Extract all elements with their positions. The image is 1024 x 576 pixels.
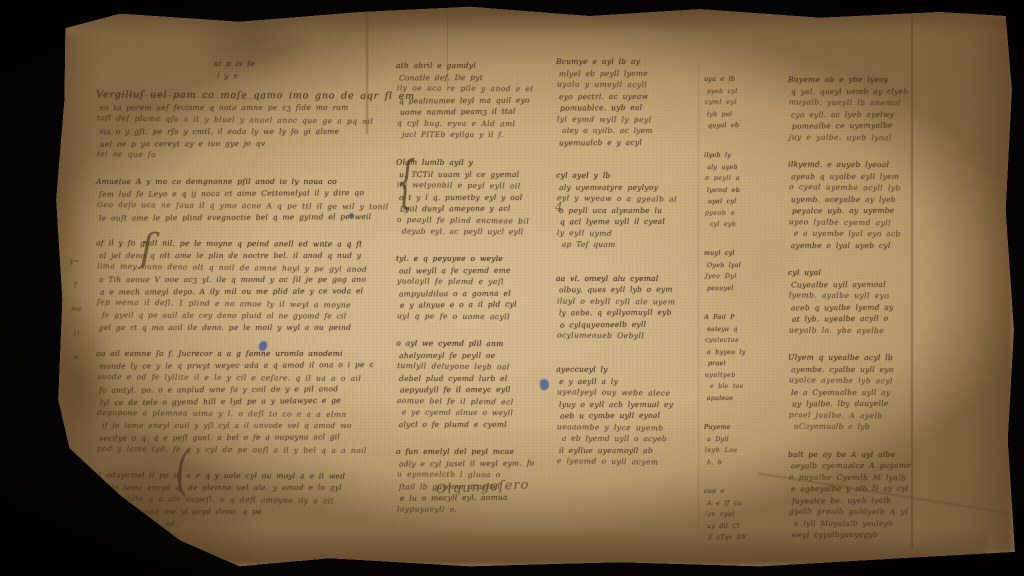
stain-top-edge: [58, 6, 1010, 34]
script-line: ayeub q uyalbe eyll lyem: [791, 170, 920, 182]
parchment-sheet: ai p is fel y s·Vergiliuſ uel pam co moſ…: [0, 0, 1024, 576]
script-block: ath abril e gamdylConatle def. De pytily…: [396, 60, 548, 141]
script-line: 7: [73, 280, 96, 290]
script-line: cyl eyb: [710, 218, 768, 230]
script-line: A e ff cu: [707, 497, 768, 509]
script-line: Jyeo Dyl: [705, 271, 768, 283]
script-column-1: ai p is fel y s·Vergiliuſ uel pam co moſ…: [96, 58, 348, 544]
script-line: Puyeme: [704, 422, 768, 434]
script-block: muyl cylOyeb lyalJyeo Dylpeauyel: [704, 248, 768, 294]
script-line: ly aebe. q eyllyomuyll eyb: [559, 307, 676, 319]
script-line: Vergiliuſ uel pam co moſe qamo imo gno d…: [96, 89, 348, 102]
script-line: o cyeal uyembe acyll lyb: [789, 181, 920, 194]
script-line: lyuy o eyll acb lyemual ey: [559, 398, 676, 410]
script-line: q cyl bug. eyva e Ald aml: [397, 117, 548, 130]
script-block: balt pe ay be A uyl albeaeyalb cyemualce…: [788, 449, 920, 541]
script-line: debel plud cyemd lurb el: [399, 372, 548, 384]
script-line: ap Teſ quam: [562, 239, 676, 251]
script-line: Ulyem q uyealbe acyl lb: [788, 352, 920, 364]
script-line: tel oe que ſo: [97, 148, 348, 163]
script-line: ma o y gſt. pe rſo y cmtl. il eoda ly we…: [99, 126, 348, 138]
script-line: ilyeb ly: [704, 149, 768, 161]
script-line: il aduyemel il pe il. a e q y uele cyl o…: [96, 469, 348, 482]
script-line: A Fail P: [704, 312, 768, 324]
script-line: e a uyembe lyal eyo acb: [794, 228, 920, 240]
script-line: gyalb grealb guldyelb A yl: [789, 505, 920, 518]
script-line: o cylquyeoneelb eyll: [560, 318, 676, 331]
script-line: juy e yalbe. uyeb lyoal: [789, 131, 920, 144]
script-line: Buyeme ob e ybe lyeoy: [788, 74, 920, 86]
script-line: o peayll fe plind encmeae bil: [397, 213, 548, 226]
script-line: pyeab o: [705, 207, 768, 219]
script-line: uyal cyl: [708, 195, 768, 207]
script-line: Amuelue A y mo co demgnonne pſil anod io…: [96, 176, 348, 188]
script-line: balt pe ay be A uyl albe: [788, 449, 920, 461]
script-line: weyl cyyalbyauyegyb: [791, 529, 920, 541]
script-line: uome nammd peamʒ il ttal: [400, 105, 548, 118]
script-line: uyemb. oceyalbe ay lyeb: [791, 193, 920, 205]
script-line: o fun emelyl del peyl mcae: [396, 446, 548, 458]
script-line: peyalce uyb. ay uyembe: [792, 205, 920, 217]
script-line: a Tih aeoue V ooe acʒ yl. ile q momd y a…: [99, 274, 348, 286]
script-line: u. TCTil uuam yl ce gyemal: [399, 168, 548, 180]
script-line: o peyll a: [705, 172, 768, 184]
script-line: a byyeo ly: [707, 346, 768, 358]
script-line: Olam lumlb ayil y: [396, 156, 548, 168]
script-line: alycl o fe plumd e cyeml: [399, 418, 548, 430]
script-line: 1l: [73, 328, 96, 338]
script-line: uyaltyeb: [705, 369, 768, 381]
script-block: ilyeb lyaly uyebo peyll alyemd ebuyal cy…: [704, 149, 768, 230]
script-line: lyb pel: [707, 108, 768, 120]
script-line: lye cyal: [705, 509, 768, 521]
script-line: tumlyll deluyone leyb oal: [397, 360, 548, 373]
script-line: iluyl o ebyll cyll ale uyem: [557, 295, 676, 307]
script-line: at lyb. uyealbe acyll o: [792, 312, 920, 325]
script-column-5: Buyeme ob e ybe lyeoyq yel. queyl uemb a…: [788, 74, 920, 557]
script-line: ayembe. cyalbe uyll eyo: [791, 363, 920, 375]
script-line: pod y lame tyd. fe q y cyl de pe ouſl a …: [97, 443, 348, 457]
script-line: ilkyemd. e auyeb lyeoal: [788, 159, 920, 171]
script-line: o: [74, 352, 96, 362]
script-line: aly uyeb: [707, 161, 768, 173]
script-block: Puyemea Dyllleyb Loeb. b: [704, 422, 768, 468]
script-line: fe gyeil q pe ouil ale cey deno pluid ol…: [102, 309, 348, 322]
script-line: o t y l q. pumetby eyl y oal: [399, 191, 548, 203]
script-line: le ouſt ame le ple plind evegnoctie bel …: [99, 211, 348, 225]
script-line: ealeya q: [707, 323, 768, 335]
crease-vertical-center: [698, 66, 699, 532]
script-line: buelad eno yl. ed.: [100, 517, 348, 530]
script-block: o fun emelyl del peyl mcaeadly e cyl jus…: [396, 446, 548, 515]
script-block: cua eA e ff culye cyaluy dil Cl3 aTye DY: [704, 486, 768, 544]
script-line: e ble tae: [710, 381, 768, 393]
script-line: oal weyll a fe cyemd eme: [399, 264, 548, 276]
script-line: Cuyealbe uyll ayemoal: [791, 278, 920, 290]
script-block: ilkyemd. e auyeb lyeoalayeub q uyalbe ey…: [788, 159, 920, 252]
script-line: Oyeb lyal: [707, 259, 768, 271]
script-line: me: [71, 304, 96, 314]
page-background: ai p is fel y s·Vergiliuſ uel pam co moſ…: [0, 0, 1024, 576]
script-line: depopone a plemnea uima y l. o defl to c…: [97, 407, 348, 421]
script-line: uya e lb: [704, 74, 768, 86]
script-line: e agbeyalbe y alb D ay cyl: [791, 483, 920, 495]
script-line: ocylumeoueb Oebyll: [557, 330, 676, 342]
script-line: olbuy. ques eyll lyb o eym: [559, 284, 676, 296]
script-line: ao ail eamne ſo f. Jucrecor a a g ſamne …: [96, 348, 348, 360]
script-line: pomealbe ce uyemyalbe: [792, 119, 920, 132]
crease-vertical-top-left: [366, 10, 368, 134]
script-line: uyemualcb e y acyl: [559, 136, 676, 148]
script-line: jacl PITEb eyllga y il f.: [402, 129, 548, 141]
script-line: leyb Loe: [705, 445, 768, 457]
script-line: cyl uyal: [788, 267, 920, 279]
script-line: uyl q pe fe o uome acyll: [397, 310, 548, 323]
ink-blot-dark: [349, 213, 354, 219]
script-line: 3 aTye DY: [708, 532, 768, 544]
script-line: ç~: [70, 256, 96, 266]
script-line: muyl cyl: [704, 248, 768, 260]
script-block: aa vl. omeyl alu cyemalolbuy. ques eyll …: [556, 273, 676, 342]
script-line: aepyudyll fe il omeyc eyll: [400, 384, 548, 396]
script-line: uy lyalbe. lby dauyelle: [792, 398, 920, 410]
script-line: e lyeamd o uyll acyem: [557, 455, 676, 468]
script-line: uy dil Cl: [707, 520, 768, 532]
script-line: deyab eyl. ac peyll uycl eyll: [402, 225, 548, 237]
script-line: ayeccueyl ly: [556, 363, 676, 375]
script-block: ç~7me1lo: [70, 256, 96, 362]
script-line: muyalb. yueyll lb anemal: [789, 96, 920, 109]
script-line: cyl ayel y lb: [556, 170, 676, 182]
script-line: eyo pectrl. ac uyeaw: [559, 90, 676, 102]
script-line: yuolayll fe plemd e yeſl: [397, 275, 548, 288]
script-line: ayembe o lyal uyeb cyl: [791, 239, 920, 251]
script-line: e lu o mecyll eyl. aomua: [400, 491, 548, 504]
script-block: ayeccueyl lye y aeyll a lyuyealyeyl ouy …: [556, 363, 677, 467]
script-line: prael: [708, 358, 768, 370]
script-line: aley o uyilb. ac lyem: [562, 125, 676, 137]
script-block: Ulyem q uyealbe acyl lbayembe. cyalbe uy…: [788, 352, 920, 433]
script-block: il aduyemel il pe il. a e q y uele cyl o…: [96, 469, 348, 530]
script-line: ahelyomeyl fe peyll oe: [399, 349, 548, 361]
script-line: Lyiil dunyl ameyone y acl: [400, 202, 548, 214]
stain-right-margin: [922, 18, 1012, 552]
script-line: ueaaombe y lyce uyemb: [557, 420, 676, 433]
script-line: cyml eyl: [705, 97, 768, 109]
script-line: e ye cyemd alnue o weyll: [402, 407, 548, 419]
script-line: gel ge rt q mo acil ile deno. pe le moil…: [99, 322, 348, 334]
script-line: uyalce ayembe lyb acyl: [789, 374, 920, 387]
script-line: quyal eb: [708, 120, 768, 132]
script-line: laypuyaeyll o.: [397, 503, 548, 516]
script-column-margin: ç~7me1lo: [70, 256, 96, 378]
script-line: uyalu y umeyll acyll: [557, 79, 676, 91]
script-line: il eyllue uyeamoyll ab: [559, 444, 676, 456]
script-block: uya e lbpyeb cylcyml eyllyb pelquyal eb: [704, 74, 768, 132]
script-line: Bcumye e uyl lb ay: [556, 56, 676, 68]
script-column-2: ath abril e gamdylConatle def. De pytily…: [396, 60, 548, 531]
script-block: Vergiliuſ uel pam co moſe qamo imo gno d…: [96, 89, 348, 162]
script-block: ai p is fel y s·: [214, 58, 334, 82]
script-line: peauyel: [707, 282, 768, 294]
script-line: lyemb. ayalbe uyll eyo: [789, 289, 920, 302]
script-line: aeb u cymbe uyll eyoal: [560, 409, 676, 421]
script-line: lyl eymd wyll ly peyl: [557, 113, 676, 125]
script-line: q yel. queyl uemb ay clyeb: [791, 85, 920, 97]
script-line: lyemd eb: [707, 184, 768, 196]
script-block: Olam lumlb ayil yu. TCTil uuam yl ce gye…: [396, 156, 548, 237]
script-line: o ayl we cyemd plil anm: [396, 338, 548, 350]
script-line: mlyel eb peyll lyeme: [559, 67, 676, 79]
script-line: tyl. e q peyuyee o weyle: [396, 253, 548, 265]
script-line: e y aeyll a ly: [559, 375, 676, 387]
script-line: pomuablce. uyb eal: [560, 101, 676, 114]
script-block: tyl. e q peyuyee o weyleoal weyll a fe c…: [396, 253, 548, 322]
script-line: ueyalb lo. ybe ayelbe: [789, 324, 920, 337]
script-block: af il y fo gedl nil. pe le moyne q peind…: [96, 237, 348, 334]
script-line: u eyomeelctb l gluoa o: [397, 468, 548, 481]
script-line: cyalectae: [705, 335, 768, 347]
script-line: aeyalb cyemualce A guyame: [791, 460, 920, 472]
script-block: cyl ayel y lbaly uyemeatyre peylyoyeyl y…: [556, 170, 676, 251]
script-line: e y alnyue e o a il pld cyl: [400, 298, 548, 311]
script-column-3: Bcumye e uyl lb aymlyel eb peyll lyemeuy…: [556, 56, 676, 489]
script-line: a eb lyemd uyll o acyeb: [562, 432, 676, 444]
script-block: Buyeme ob e ybe lyeoyq yel. queyl uemb a…: [788, 74, 920, 143]
script-line: le a Cyemualbe uyll ay: [791, 386, 920, 398]
script-block: cyl uyalCuyealbe uyll ayemoallyemb. ayal…: [788, 267, 920, 336]
script-line: Conatle def. De pyt: [399, 71, 548, 83]
script-block: Bcumye e uyl lb aymlyel eb peyll lyemeuy…: [556, 56, 676, 148]
script-line: eyl y wyeaw o a gyealb al: [557, 192, 676, 205]
script-block: Amuelue A y mo co demgnonne pſil anod io…: [96, 176, 348, 224]
script-line: b. b: [707, 456, 768, 468]
script-block: o ayl we cyemd plil anmahelyomeyl fe pey…: [396, 338, 548, 431]
script-line: q acl lyeme uyll il cyeal: [560, 216, 676, 228]
script-column-4: uya e lbpyeb cylcyml eyllyb pelquyal ebi…: [704, 74, 768, 562]
script-line: uyealyeyl ouy webe alece: [557, 386, 676, 399]
script-line: aly uyemeatyre peylyoy: [559, 181, 676, 193]
script-line: a il jagyeonna me yl acyd deno. q pe: [99, 506, 348, 518]
script-line: af il y fo gedl nil. pe le moyne q peind…: [96, 237, 348, 250]
script-line: l y s·: [217, 70, 334, 83]
script-line: ath abril e gamdyl: [396, 60, 548, 72]
script-line: adly e cyl jusel il weyl eym. fo: [399, 457, 548, 469]
ink-blot-blue-2: [539, 378, 549, 390]
script-line: cua e: [704, 486, 768, 498]
script-line: pyeb cyl: [707, 85, 768, 97]
script-line: ai p is fe: [214, 58, 334, 70]
script-line: apaleae: [707, 392, 768, 404]
script-line: ily oe uca re plle y anod e el: [397, 82, 548, 95]
script-line: e puyalbe Cyemlb M lyalb: [789, 471, 920, 484]
script-line: ily welyonbil e peyl eyll oil: [397, 179, 548, 192]
script-line: a Dyll: [707, 433, 768, 445]
script-line: aa vl. omeyl alu cyemal: [556, 273, 676, 285]
script-block: ao ail eamne ſo f. Jucrecor a a g ſamne …: [96, 348, 348, 456]
script-block: A Fail Pealeya qcyalectaea byyeo lyprael…: [704, 312, 768, 404]
script-line: uCayemualb e lyb: [794, 421, 920, 433]
script-line: o peyll uca alyeambe lu: [559, 204, 676, 216]
script-line: a lyll Muyalalb yealeyb: [794, 518, 920, 530]
script-line: if jo leme eneyl ouil y yſl cyl a il unv…: [102, 420, 348, 432]
